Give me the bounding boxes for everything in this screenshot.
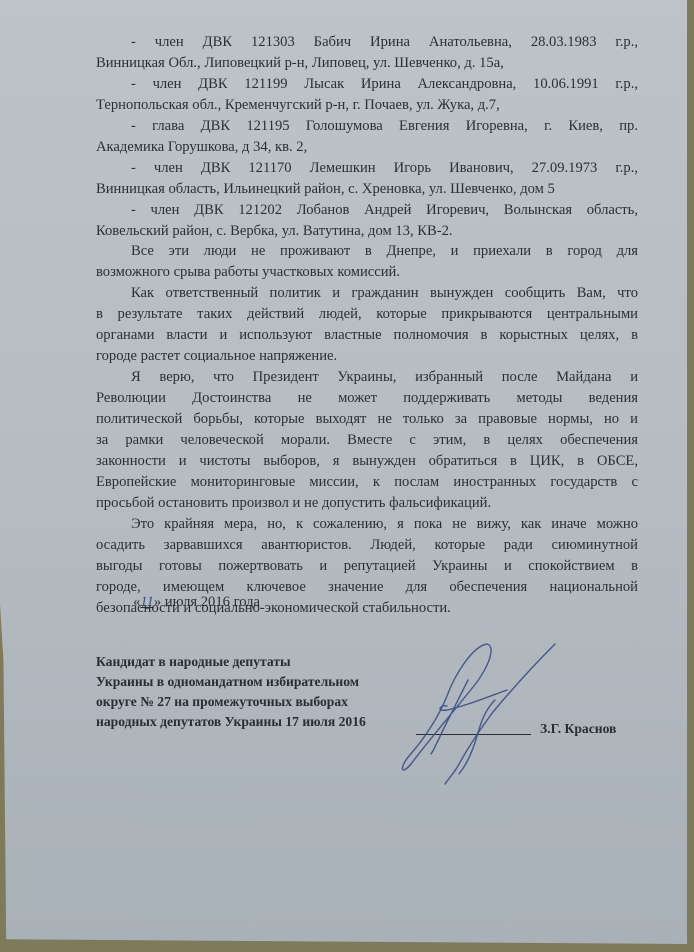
- body-text: Все эти люди не проживают в Днепре, и пр…: [96, 241, 638, 619]
- paragraph-line: возможного срыва работы участковых комис…: [96, 262, 638, 283]
- paragraph-1: Все эти люди не проживают в Днепре, и пр…: [96, 241, 638, 283]
- quote-close: »: [154, 594, 161, 610]
- list-item-4-line-2: Винницкая область, Ильинецкий район, с. …: [96, 179, 638, 200]
- document-date: «11» июля 2016 года: [133, 594, 260, 611]
- paragraph-line: органами власти и используют властные по…: [96, 325, 638, 346]
- paragraph-line: за рамки человеческой морали. Вместе с э…: [96, 430, 638, 451]
- paragraph-line: Европейские мониторинговые миссии, к пос…: [96, 472, 638, 493]
- date-day-handwritten: 11: [140, 594, 154, 610]
- paragraph-line: в результате таких действий людей, котор…: [96, 304, 638, 325]
- list-item-2-line-1: - член ДВК 121199 Лысак Ирина Александро…: [96, 74, 638, 95]
- list-item-4-line-1: - член ДВК 121170 Лемешкин Игорь Иванови…: [96, 158, 638, 179]
- paragraph-line: Как ответственный политик и гражданин вы…: [96, 283, 638, 304]
- paragraph-3: Я верю, что Президент Украины, избранный…: [96, 367, 638, 514]
- signer-title-line: Украины в одномандатном избирательном: [96, 672, 366, 692]
- date-month-year: июля 2016 года: [161, 594, 260, 610]
- list-item-1-line-1: - член ДВК 121303 Бабич Ирина Анатольевн…: [96, 32, 638, 53]
- paragraph-line: Все эти люди не проживают в Днепре, и пр…: [96, 241, 638, 262]
- paragraph-line: осадить зарвавшихся авантюристов. Людей,…: [96, 535, 638, 556]
- signer-title-line: Кандидат в народные депутаты: [96, 652, 366, 672]
- list-item-2-line-2: Тернопольская обл., Кременчугский р-н, г…: [96, 95, 638, 116]
- paragraph-line: Я верю, что Президент Украины, избранный…: [96, 367, 638, 388]
- list-item-1-line-2: Винницкая Обл., Липовецкий р-н, Липовец,…: [96, 53, 638, 74]
- list-item-3-line-1: - глава ДВК 121195 Голошумова Евгения Иг…: [96, 116, 638, 137]
- signer-title-line: округе № 27 на промежуточных выборах: [96, 692, 366, 712]
- list-item-5-line-1: - член ДВК 121202 Лобанов Андрей Игореви…: [96, 200, 638, 221]
- signature-block: Кандидат в народные депутаты Украины в о…: [96, 652, 366, 732]
- paragraph-line: Революции Достоинства не может поддержив…: [96, 388, 638, 409]
- list-item-3-line-2: Академика Горушкова, д 34, кв. 2,: [96, 137, 638, 158]
- list-item-5-line-2: Ковельский район, с. Вербка, ул. Ватутин…: [96, 221, 638, 242]
- handwritten-signature-icon: [395, 640, 575, 790]
- paragraph-line: городе растет социальное напряжение.: [96, 346, 638, 367]
- paragraph-line: законности и чистоты выборов, я вынужден…: [96, 451, 638, 472]
- paragraph-line: просьбой остановить произвол и не допуст…: [96, 493, 638, 514]
- member-list: - член ДВК 121303 Бабич Ирина Анатольевн…: [96, 32, 638, 242]
- paragraph-2: Как ответственный политик и гражданин вы…: [96, 283, 638, 367]
- signer-title-line: народных депутатов Украины 17 июля 2016: [96, 712, 366, 732]
- paragraph-line: выгоды готовы пожертвовать и репутацией …: [96, 556, 638, 577]
- paragraph-line: политической борьбы, которые выходят не …: [96, 409, 638, 430]
- paragraph-line: Это крайняя мера, но, к сожалению, я пок…: [96, 514, 638, 535]
